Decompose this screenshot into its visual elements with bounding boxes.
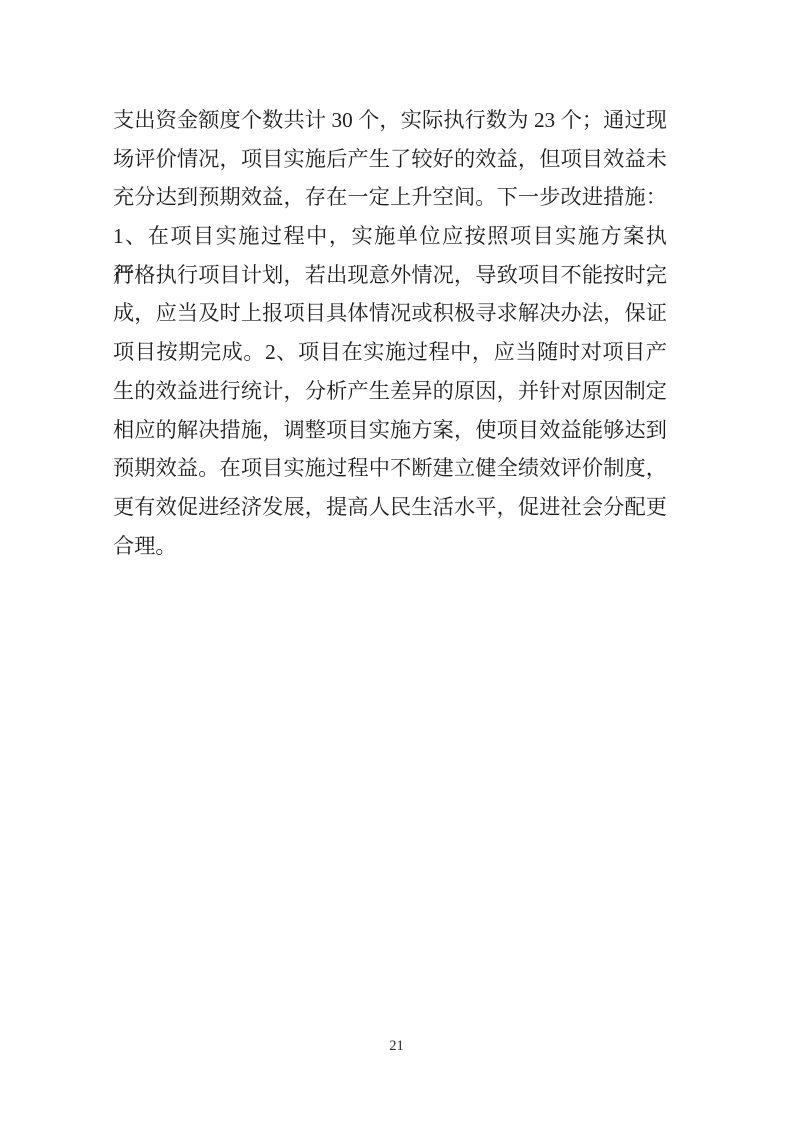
- text-line: 预期效益。在项目实施过程中不断建立健全绩效评价制度，: [113, 449, 667, 488]
- text-line: 相应的解决措施，调整项目实施方案，使项目效益能够达到: [113, 411, 667, 450]
- text-line: 项目按期完成。2、项目在实施过程中，应当随时对项目产: [113, 333, 667, 372]
- text-line: 支出资金额度个数共计 30 个，实际执行数为 23 个；通过现: [113, 101, 667, 140]
- text-line: 场评价情况，项目实施后产生了较好的效益，但项目效益未: [113, 140, 667, 179]
- paragraph-block: 支出资金额度个数共计 30 个，实际执行数为 23 个；通过现 场评价情况，项目…: [113, 101, 667, 565]
- text-line: 成，应当及时上报项目具体情况或积极寻求解决办法，保证: [113, 294, 667, 333]
- page-number: 21: [0, 1036, 793, 1056]
- text-line: 充分达到预期效益，存在一定上升空间。下一步改进措施：: [113, 178, 667, 217]
- document-page: 支出资金额度个数共计 30 个，实际执行数为 23 个；通过现 场评价情况，项目…: [0, 0, 793, 1122]
- text-line: 更有效促进经济发展，提高人民生活水平，促进社会分配更: [113, 488, 667, 527]
- text-line: 生的效益进行统计，分析产生差异的原因，并针对原因制定: [113, 372, 667, 411]
- text-line: 严格执行项目计划，若出现意外情况，导致项目不能按时完: [113, 256, 667, 295]
- text-line: 合理。: [113, 527, 667, 566]
- text-line: 1、在项目实施过程中，实施单位应按照项目实施方案执行，: [113, 217, 667, 256]
